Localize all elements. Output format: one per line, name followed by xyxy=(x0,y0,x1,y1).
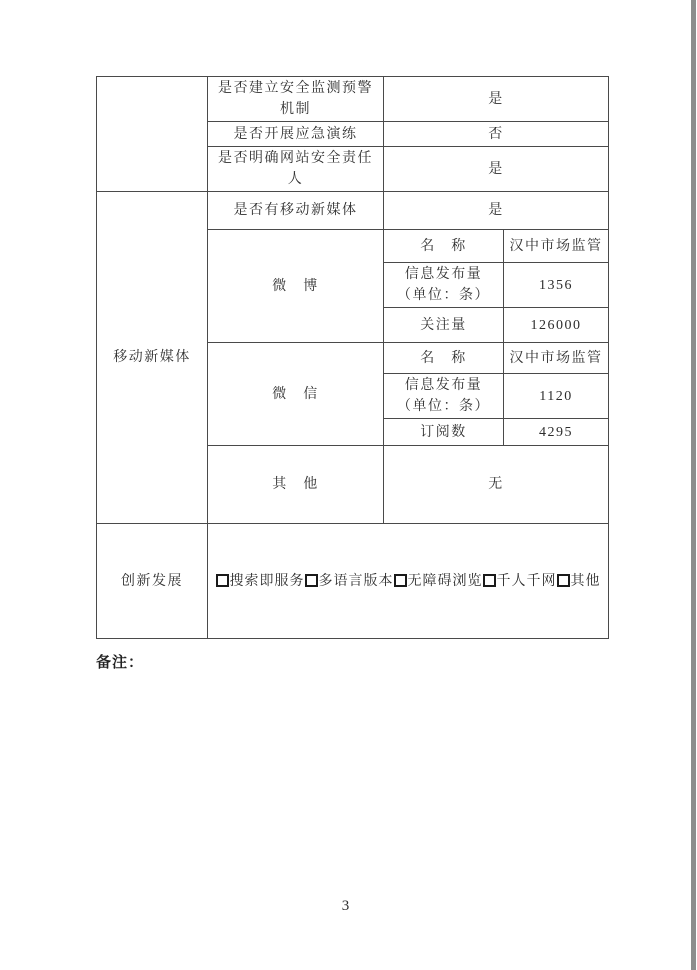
mobile-media-has-question-cell: 是否有移动新媒体 xyxy=(208,192,384,230)
other-media-value-cell: 无 xyxy=(384,446,609,524)
wechat-subscribe-value-cell: 4295 xyxy=(504,419,609,446)
option-label: 其他 xyxy=(571,574,601,589)
option-search-as-service: 搜索即服务 xyxy=(216,571,305,592)
wechat-publish-label-line2: （单位：条） xyxy=(388,396,499,417)
wechat-publish-value-cell: 1120 xyxy=(504,374,609,419)
wechat-label-cell: 微 信 xyxy=(208,343,384,446)
security-question-monitoring-cell: 是否建立安全监测预警机制 xyxy=(208,77,384,122)
option-personalized: 千人千网 xyxy=(483,571,557,592)
checkbox-unchecked-icon[interactable] xyxy=(216,574,229,587)
weibo-name-label-cell: 名 称 xyxy=(384,230,504,263)
report-table: 是否建立安全监测预警机制 是 是否开展应急演练 否 是否明确网站安全责任人 是 … xyxy=(96,76,609,639)
checkbox-unchecked-icon[interactable] xyxy=(483,574,496,587)
security-answer-responsible-cell: 是 xyxy=(384,147,609,192)
wechat-subscribe-label-cell: 订阅数 xyxy=(384,419,504,446)
innovation-options-line: 搜索即服务多语言版本无障碍浏览千人千网其他 xyxy=(216,574,601,589)
option-other: 其他 xyxy=(557,571,601,592)
weibo-followers-label-cell: 关注量 xyxy=(384,308,504,343)
security-answer-monitoring-cell: 是 xyxy=(384,77,609,122)
weibo-publish-label-line2: （单位：条） xyxy=(388,285,499,306)
scan-edge-shadow xyxy=(691,0,696,970)
checkbox-unchecked-icon[interactable] xyxy=(557,574,570,587)
mobile-media-has-answer-cell: 是 xyxy=(384,192,609,230)
security-answer-drill-cell: 否 xyxy=(384,122,609,147)
section-label-cell-empty xyxy=(97,77,208,192)
security-question-drill-cell: 是否开展应急演练 xyxy=(208,122,384,147)
option-accessibility: 无障碍浏览 xyxy=(394,571,483,592)
option-label: 搜索即服务 xyxy=(230,574,305,589)
other-media-label-cell: 其 他 xyxy=(208,446,384,524)
option-label: 多语言版本 xyxy=(319,574,394,589)
checkbox-unchecked-icon[interactable] xyxy=(394,574,407,587)
page-number: 3 xyxy=(0,898,691,915)
weibo-followers-value-cell: 126000 xyxy=(504,308,609,343)
checkbox-unchecked-icon[interactable] xyxy=(305,574,318,587)
weibo-publish-label-cell: 信息发布量 （单位：条） xyxy=(384,263,504,308)
wechat-name-value-cell: 汉中市场监管 xyxy=(504,343,609,374)
notes-label: 备注： xyxy=(96,651,144,672)
wechat-publish-label-cell: 信息发布量 （单位：条） xyxy=(384,374,504,419)
section-label-innovation: 创新发展 xyxy=(97,524,208,639)
section-label-mobile-media: 移动新媒体 xyxy=(97,192,208,524)
weibo-label-cell: 微 博 xyxy=(208,230,384,343)
wechat-publish-label-line1: 信息发布量 xyxy=(388,375,499,396)
wechat-name-label-cell: 名 称 xyxy=(384,343,504,374)
weibo-name-value-cell: 汉中市场监管 xyxy=(504,230,609,263)
option-multilingual: 多语言版本 xyxy=(305,571,394,592)
option-label: 无障碍浏览 xyxy=(408,574,483,589)
security-question-responsible-cell: 是否明确网站安全责任人 xyxy=(208,147,384,192)
document-page: 是否建立安全监测预警机制 是 是否开展应急演练 否 是否明确网站安全责任人 是 … xyxy=(0,0,697,970)
innovation-options-cell: 搜索即服务多语言版本无障碍浏览千人千网其他 xyxy=(208,524,609,639)
weibo-publish-value-cell: 1356 xyxy=(504,263,609,308)
weibo-publish-label-line1: 信息发布量 xyxy=(388,264,499,285)
option-label: 千人千网 xyxy=(497,574,557,589)
